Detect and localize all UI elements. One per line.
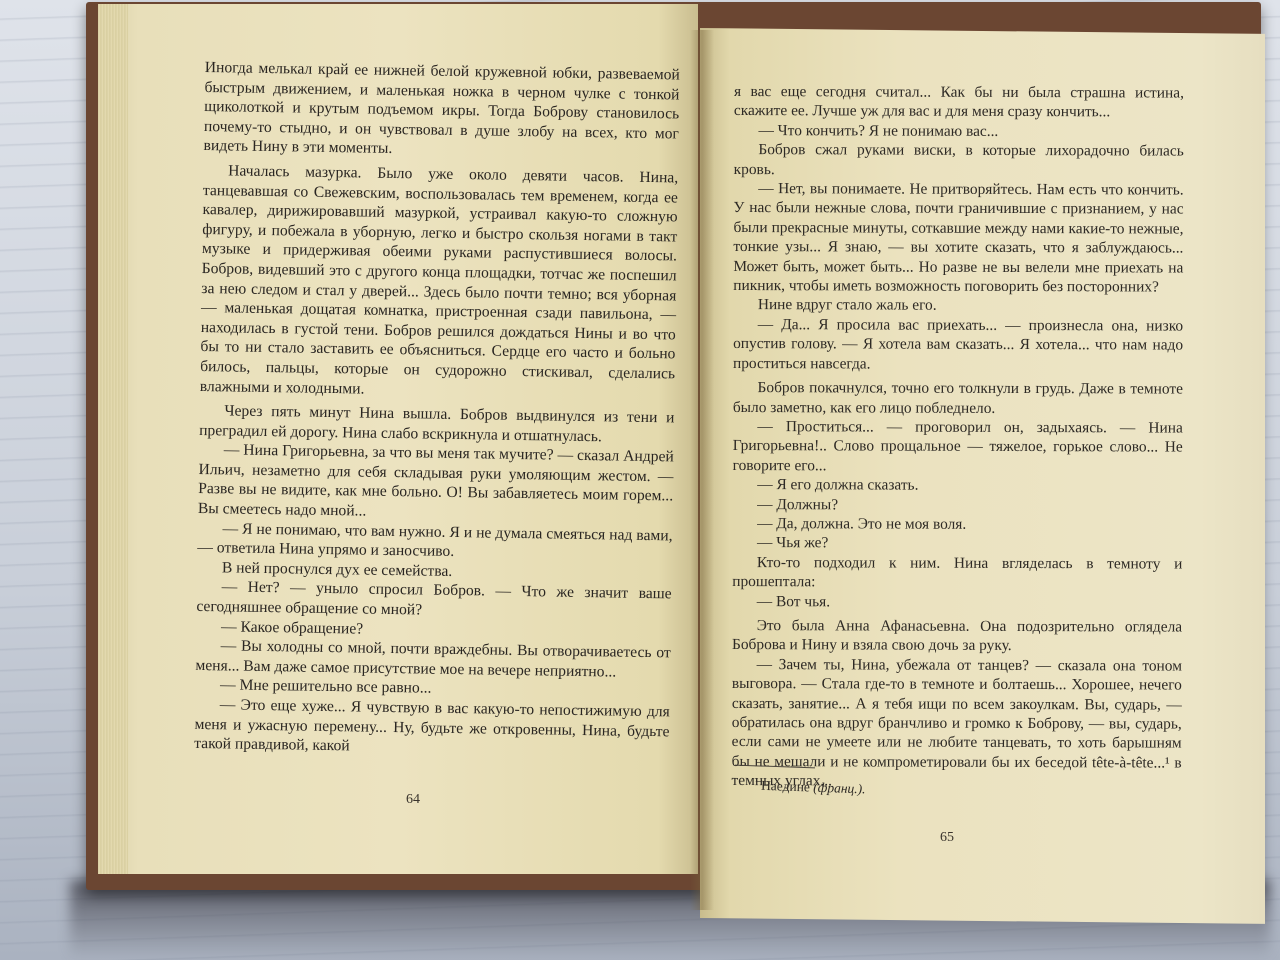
left-page-text: Иногда мелькал край ее нижней белой круж… — [194, 58, 680, 761]
paragraph: — Нет? — уныло спросил Бобров. — Что же … — [196, 577, 672, 624]
paragraph: Иногда мелькал край ее нижней белой круж… — [203, 58, 679, 163]
paragraph: Началась мазурка. Было уже около девяти … — [200, 161, 679, 404]
paragraph: — Что кончить? Я не понимаю вас... — [734, 121, 1184, 142]
footnote-text: Наедине — [761, 778, 810, 795]
paragraph: — Это еще хуже... Я чувствую в вас какую… — [194, 695, 670, 761]
paragraph: я вас еще сегодня считал... Как бы ни бы… — [734, 82, 1184, 122]
paragraph: — Зачем ты, Нина, убежала от танцев? — с… — [732, 655, 1182, 792]
paragraph: Кто-то подходил к ним. Нина вгляделась в… — [732, 553, 1182, 593]
paragraph: — Чья же? — [732, 533, 1182, 554]
paragraph: — Да, должна. Это не моя воля. — [732, 514, 1182, 535]
footnote-marker: ¹ — [755, 776, 758, 786]
paragraph: — Вот чья. — [732, 592, 1182, 613]
paragraph: — Нина Григорьевна, за что вы меня так м… — [198, 440, 674, 526]
paragraph: — Нет, вы понимаете. Не притворяйтесь. Н… — [733, 179, 1183, 297]
right-page-text: я вас еще сегодня считал... Как бы ни бы… — [732, 82, 1184, 792]
paragraph: — Да... Я просила вас приехать... — прои… — [733, 315, 1183, 375]
footnote-note: (франц.). — [813, 780, 866, 797]
paragraph: Бобров сжал руками виски, в которые лихо… — [734, 140, 1184, 180]
paragraph: Это была Анна Афанасьевна. Она подозрите… — [732, 616, 1182, 656]
left-page-number: 64 — [406, 792, 420, 808]
paragraph: — Я его должна сказать. — [733, 475, 1183, 496]
book-gutter — [690, 30, 714, 910]
paragraph: — Должны? — [732, 495, 1182, 516]
paragraph: Нине вдруг стало жаль его. — [733, 295, 1183, 316]
paragraph: — Проститься... — проговорил он, задыхая… — [733, 417, 1183, 477]
right-page-number: 65 — [940, 830, 954, 846]
left-page-edges — [98, 4, 128, 874]
paragraph: Бобров покачнулся, точно его толкнули в … — [733, 378, 1183, 418]
